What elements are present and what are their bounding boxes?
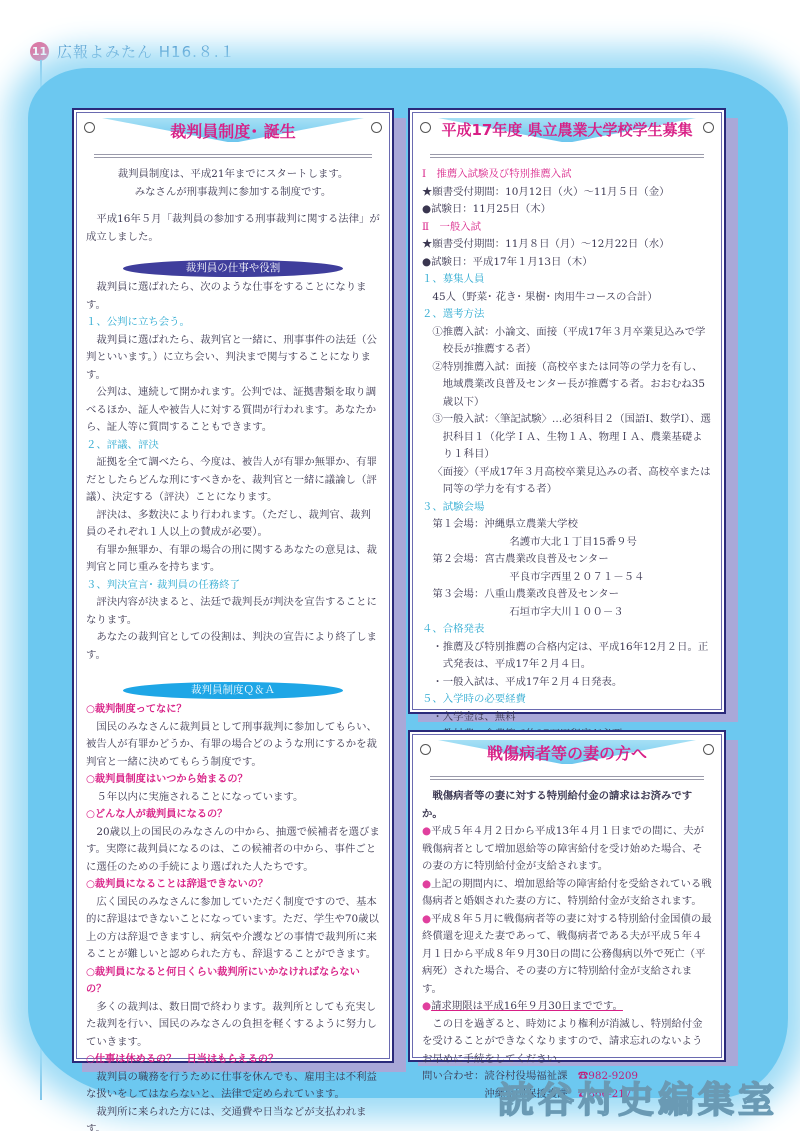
- item-text: 裁判員に選ばれたら、裁判官と一緒に、刑事事件の法廷（公判といいます。）に立ち会い…: [86, 332, 380, 385]
- divider: [430, 776, 704, 780]
- item-text: 公判は、連続して開かれます。公判では、証拠書類を取り調べるほか、証人や被告人に対…: [86, 384, 380, 437]
- qa-answer: 国民のみなさんに裁判員として刑事裁判に参加してもらい、被告人が有罪かどうか、有罪…: [86, 719, 380, 772]
- item-heading: ２、評議、評決: [86, 437, 380, 455]
- exam-heading: Ⅰ 推薦入試験及び特別推薦入試: [422, 166, 712, 184]
- section-intro: 裁判員に選ばれたら、次のような仕事をすることになります。: [86, 279, 380, 314]
- bullet-text: 平成５年４月２日から平成13年４月１日までの間に、夫が戦傷病者として増加恩給等の…: [422, 825, 704, 872]
- qa-question: ○どんな人が裁判員になるの？: [86, 806, 380, 824]
- bullet-icon: ●: [422, 913, 431, 925]
- qa-question: ○裁判員制度はいつから始まるの？: [86, 771, 380, 789]
- panel-title: 裁判員制度･ 誕生: [82, 119, 384, 142]
- section-heading: ３、試験会場: [422, 499, 712, 517]
- exam-heading: Ⅱ 一般入試: [422, 219, 712, 237]
- intro-line: みなさんが刑事裁判に参加する制度です。: [86, 184, 380, 202]
- bullet-text: 上記の期間内に、増加恩給等の障害給付を受給されている戦傷病者と婚姻された妻の方に…: [422, 878, 712, 908]
- watermark: 読谷村史編集室: [498, 1072, 778, 1123]
- qa-answer: 多くの裁判は、数日間で終わります。裁判所としても充実した裁判を行い、国民のみなさ…: [86, 999, 380, 1052]
- binder-ring-icon: [703, 744, 714, 755]
- selection-item: ①推薦入試：小論文、面接（平成17年３月卒業見込みで学校長が推薦する者）: [422, 324, 712, 359]
- divider: [94, 154, 372, 158]
- exam-date: ●試験日：平成17年１月13日（木）: [422, 254, 712, 272]
- section-text: 45人（野菜･ 花き･ 果樹･ 肉用牛コースの合計）: [422, 289, 712, 307]
- divider: [430, 154, 704, 158]
- panel-title: 戦傷病者等の妻の方へ: [418, 741, 716, 764]
- cost-item: ・入学金は、無料: [422, 709, 712, 727]
- binder-ring-icon: [703, 122, 714, 133]
- deadline-text: 請求期限は平成16年９月30日までです。: [431, 1000, 623, 1012]
- result-item: ・一般入試は、平成17年２月４日発表。: [422, 674, 712, 692]
- section-pill: 裁判員の仕事や役割: [123, 260, 343, 277]
- saibanin-panel: 裁判員制度･ 誕生 裁判員制度は、平成21年までにスタートします。 みなさんが刑…: [72, 108, 394, 1063]
- panel-header: 裁判員制度･ 誕生: [82, 118, 384, 148]
- venue-address: 平良市字西里２０７１－５４: [422, 569, 712, 587]
- selection-item: ③一般入試：〈筆記試験〉…必須科目２（国語Ⅰ、数学Ⅰ）、選択科目１（化学ＩＡ、生…: [422, 411, 712, 464]
- apply-period: ★願書受付期間：11月８日（月）～12月22日（水）: [422, 236, 712, 254]
- section-heading: ５、入学時の必要経費: [422, 691, 712, 709]
- qa-question: ○裁判制度ってなに？: [86, 701, 380, 719]
- publication-title: 広報よみたん H16.８.１: [57, 41, 236, 62]
- exam-date: ●試験日：11月25日（木）: [422, 201, 712, 219]
- qa-question: ○裁判員になることは辞退できないの？: [86, 876, 380, 894]
- qa-question: ○仕事は休めるの？ 日当はもらえるの？: [86, 1051, 380, 1069]
- panel-title: 平成17年度 県立農業大学校学生募集: [418, 119, 716, 140]
- page-header: 11 広報よみたん H16.８.１: [30, 40, 236, 62]
- qa-answer: 裁判員の職務を行うために仕事を休んでも、雇用主は不利益な扱いをしてはならないと、…: [86, 1069, 380, 1104]
- selection-item: 〈面接〉（平成17年３月高校卒業見込みの者、高校卒または同等の学力を有する者）: [422, 464, 712, 499]
- venue-address: 名護市大北１丁目15番９号: [422, 534, 712, 552]
- item-heading: １、公判に立ち会う。: [86, 314, 380, 332]
- qa-answer: 広く国民のみなさんに参加していただく制度ですので、基本的に辞退はできないことにな…: [86, 894, 380, 964]
- venue-label: 第３会場：: [432, 588, 484, 600]
- item-text: 証拠を全て調べたら、今度は、被告人が有罪か無罪か、有罪だとしたらどんな刑にすべき…: [86, 454, 380, 507]
- panel-header: 戦傷病者等の妻の方へ: [418, 740, 716, 770]
- qa-answer: 裁判所に来られた方には、交通費や日当などが支払われます。: [86, 1104, 380, 1131]
- item-heading: ３、判決宣言･ 裁判員の任務終了: [86, 577, 380, 595]
- lead-text: 戦傷病者等の妻に対する特別給付金の請求はお済みですか。: [422, 788, 712, 823]
- qa-question: ○裁判員になると何日くらい裁判所にいかなければならないの？: [86, 964, 380, 999]
- senshobyosha-panel: 戦傷病者等の妻の方へ 戦傷病者等の妻に対する特別給付金の請求はお済みですか。 ●…: [408, 730, 726, 1062]
- qa-pill: 裁判員制度Ｑ＆Ａ: [123, 682, 343, 699]
- item-text: あなたの裁判官としての役割は、判決の宣告により終了します。: [86, 629, 380, 664]
- venue-label: 第２会場：: [432, 553, 484, 565]
- page-number-badge: 11: [30, 42, 49, 61]
- nogyo-daigakko-panel: 平成17年度 県立農業大学校学生募集 Ⅰ 推薦入試験及び特別推薦入試 ★願書受付…: [408, 108, 726, 714]
- binder-ring-icon: [371, 122, 382, 133]
- section-heading: ２、選考方法: [422, 306, 712, 324]
- contact-label: 問い合わせ：: [422, 1070, 484, 1082]
- item-text: 評決内容が決まると、法廷で裁判長が判決を宣告することになります。: [86, 594, 380, 629]
- venue-name: 沖縄県立農業大学校: [484, 518, 578, 530]
- venue-name: 八重山農業改良普及センター: [484, 588, 619, 600]
- venue-label: 第１会場：: [432, 518, 484, 530]
- law-text: 平成16年５月「裁判員の参加する刑事裁判に関する法律」が成立しました。: [86, 211, 380, 246]
- bullet-icon: ●: [422, 878, 431, 890]
- venue-address: 石垣市字大川１００－３: [422, 604, 712, 622]
- qa-answer: ５年以内に実施されることになっています。: [86, 789, 380, 807]
- bullet-icon: ●: [422, 1000, 431, 1012]
- bullet-text: 平成８年５月に戦傷病者等の妻に対する特別給付金国債の最終償還を迎えた妻であって、…: [422, 913, 712, 995]
- intro-line: 裁判員制度は、平成21年までにスタートします。: [86, 166, 380, 184]
- venue-name: 宮古農業改良普及センター: [484, 553, 608, 565]
- item-text: 有罪か無罪か、有罪の場合の刑に関するあなたの意見は、裁判官と同じ重みを持ちます。: [86, 542, 380, 577]
- qa-answer: 20歳以上の国民のみなさんの中から、抽選で候補者を選びます。実際に裁判員になるの…: [86, 824, 380, 877]
- item-text: 評決は、多数決により行われます。（ただし、裁判官、裁判員のそれぞれ１人以上の賛成…: [86, 507, 380, 542]
- note-text: この日を過ぎると、時効により権利が消滅し、特別給付金を受けることができなくなりま…: [422, 1016, 712, 1069]
- panel-header: 平成17年度 県立農業大学校学生募集: [418, 118, 716, 148]
- apply-period: ★願書受付期間：10月12日（火）～11月５日（金）: [422, 184, 712, 202]
- selection-item: ②特別推薦入試：面接（高校卒または同等の学力を有し、地域農業改良普及センター長が…: [422, 359, 712, 412]
- result-item: ・推薦及び特別推薦の合格内定は、平成16年12月２日。正式発表は、平成17年２月…: [422, 639, 712, 674]
- section-heading: １、募集人員: [422, 271, 712, 289]
- bullet-icon: ●: [422, 825, 431, 837]
- section-heading: ４、合格発表: [422, 621, 712, 639]
